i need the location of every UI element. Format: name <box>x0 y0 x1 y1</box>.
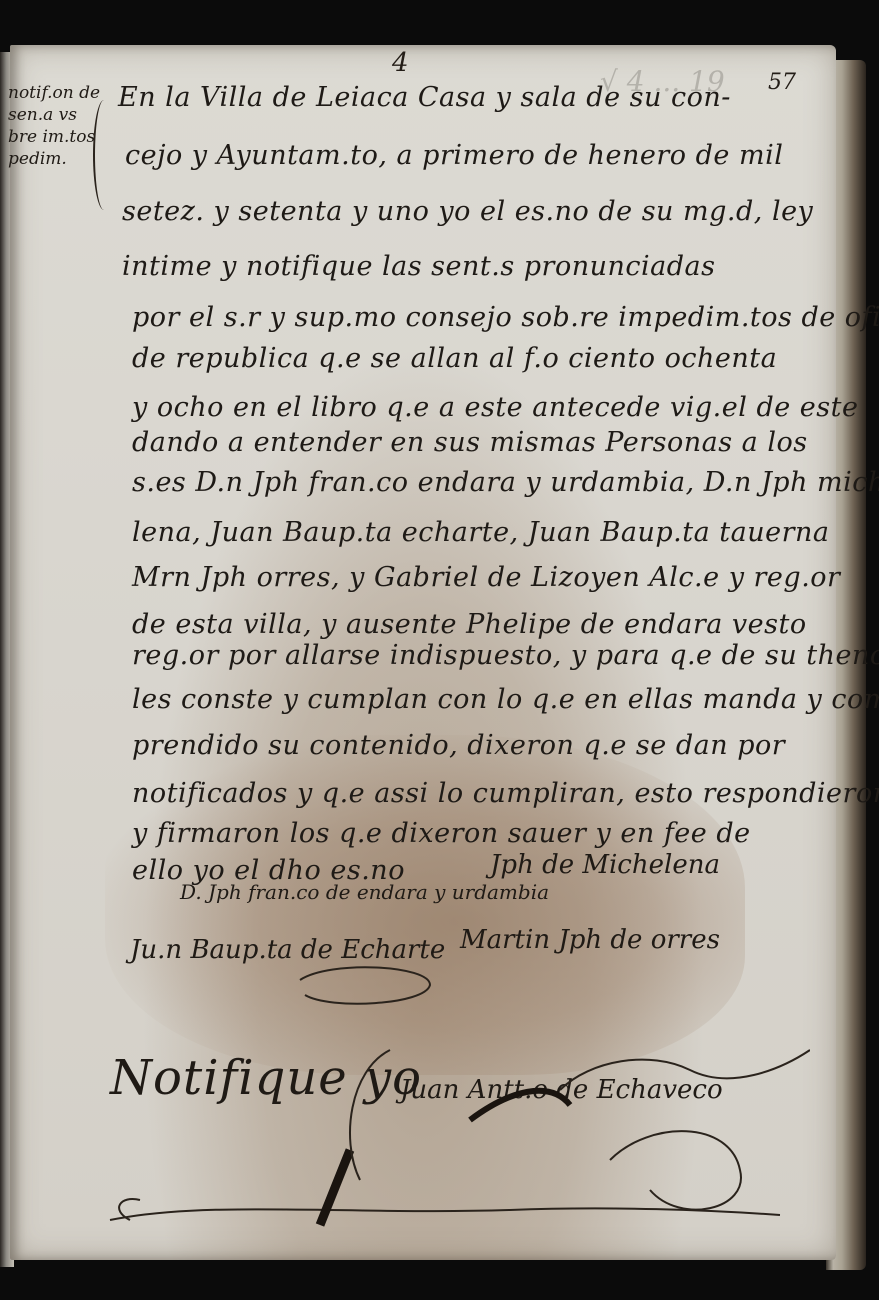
body-line: por el s.r y sup.mo consejo sob.re imped… <box>132 302 879 333</box>
signature-orres: Martin Jph de orres <box>460 925 720 955</box>
body-line: lena, Juan Baup.ta echarte, Juan Baup.ta… <box>132 517 829 548</box>
page-number: 57 <box>768 70 796 95</box>
body-line: cejo y Ayuntam.to, a primero de henero d… <box>125 140 783 171</box>
signature-endara: D. Jph fran.co de endara y urdambia <box>180 880 549 904</box>
notary-rubric-flourish <box>90 1010 810 1250</box>
body-line: setez. y setenta y uno yo el es.no de su… <box>122 196 813 227</box>
signature-michelena: Jph de Michelena <box>490 850 720 880</box>
body-line: En la Villa de Leiaca Casa y sala de su … <box>118 82 731 113</box>
margin-note-line: sen.a vs <box>8 104 108 126</box>
body-line: de republica q.e se allan al f.o ciento … <box>132 343 777 374</box>
body-line: reg.or por allarse indispuesto, y para q… <box>132 640 879 671</box>
body-line: notificados y q.e assi lo cumpliran, est… <box>132 778 879 809</box>
body-line: intime y notifique las sent.s pronunciad… <box>122 251 715 282</box>
body-line: dando a entender en sus mismas Personas … <box>132 427 808 458</box>
body-line: prendido su contenido, dixeron q.e se da… <box>132 730 785 761</box>
margin-brace <box>93 100 115 210</box>
body-line: Mrn Jph orres, y Gabriel de Lizoyen Alc.… <box>132 562 840 593</box>
body-line: y ocho en el libro q.e a este antecede v… <box>132 392 858 423</box>
body-line: y firmaron los q.e dixeron sauer y en fe… <box>132 818 751 849</box>
body-line: s.es D.n Jph fran.co endara y urdambia, … <box>132 467 879 498</box>
body-line: de esta villa, y ausente Phelipe de enda… <box>132 609 807 640</box>
header-mark: 4 <box>392 48 409 78</box>
signature-flourish <box>100 940 460 1030</box>
margin-note-line: notif.on de <box>8 82 108 104</box>
body-line: les conste y cumplan con lo q.e en ellas… <box>132 684 879 715</box>
